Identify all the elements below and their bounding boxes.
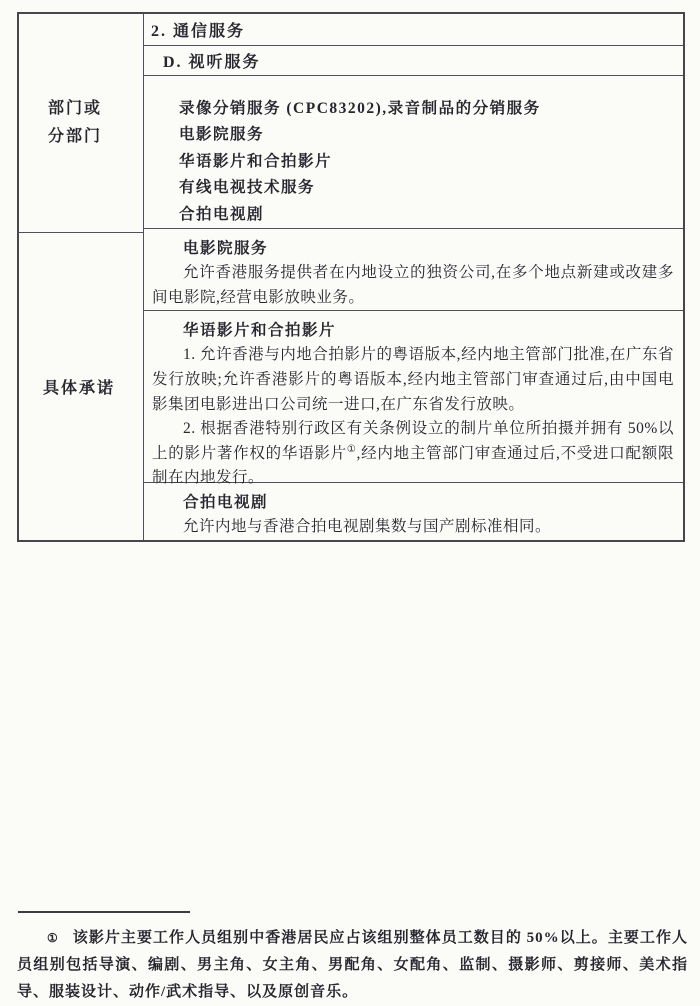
commitment-chinese-films: 华语影片和合拍影片 1. 允许香港与内地合拍影片的粤语版本,经内地主管部门批准,… [144, 311, 683, 483]
footnote-reference-mark: ① [347, 444, 357, 455]
commitments-header-cell: 具体承诺 [19, 233, 143, 540]
sector-header-cell: 部门或 分部门 [19, 14, 143, 233]
commitment-paragraph: 允许内地与香港合拍电视剧集数与国产剧标准相同。 [152, 515, 674, 540]
footnote-marker: ① [47, 931, 73, 945]
commitment-paragraph: 允许香港服务提供者在内地设立的独资公司,在多个地点新建或改建多间电影院,经营电影… [152, 261, 674, 310]
sector-item: 有线电视技术服务 [179, 175, 673, 202]
commitments-header-label: 具体承诺 [43, 375, 115, 398]
sector-list-cell: 录像分销服务 (CPC83202),录音制品的分销服务 电影院服务 华语影片和合… [144, 76, 683, 230]
commitment-coproduced-tv: 合拍电视剧 允许内地与香港合拍电视剧集数与国产剧标准相同。 [144, 483, 683, 540]
commitments-table: 部门或 分部门 具体承诺 2. 通信服务 D. 视听服务 录像分销服务 (CPC… [17, 12, 685, 542]
commitment-title: 华语影片和合拍影片 [152, 318, 674, 343]
category-label: 2. 通信服务 [151, 18, 245, 41]
table-left-column: 部门或 分部门 具体承诺 [19, 14, 144, 540]
sector-item: 电影院服务 [179, 122, 673, 149]
sector-header-line1: 部门或 [48, 95, 143, 123]
commitment-title: 合拍电视剧 [152, 490, 674, 515]
sector-item: 合拍电视剧 [179, 202, 673, 229]
sector-header-line2: 分部门 [48, 123, 143, 151]
table-right-column: 2. 通信服务 D. 视听服务 录像分销服务 (CPC83202),录音制品的分… [144, 14, 683, 540]
category-row: 2. 通信服务 [144, 14, 683, 46]
sector-item: 华语影片和合拍影片 [179, 149, 673, 176]
subcategory-label: D. 视听服务 [163, 49, 261, 72]
document-page: 部门或 分部门 具体承诺 2. 通信服务 D. 视听服务 录像分销服务 (CPC… [0, 0, 700, 1006]
footnote-text: 该影片主要工作人员组别中香港居民应占该组别整体员工数目的 50%以上。主要工作人… [17, 930, 688, 1000]
subcategory-row: D. 视听服务 [144, 46, 683, 76]
sector-item: 录像分销服务 (CPC83202),录音制品的分销服务 [179, 96, 673, 123]
commitment-paragraph: 2. 根据香港特别行政区有关条例设立的制片单位所拍摄并拥有 50%以上的影片著作… [152, 417, 674, 491]
footnote: ①该影片主要工作人员组别中香港居民应占该组别整体员工数目的 50%以上。主要工作… [17, 925, 688, 1006]
footnote-divider-line [18, 911, 190, 913]
commitment-cinema-services: 电影院服务 允许香港服务提供者在内地设立的独资公司,在多个地点新建或改建多间电影… [144, 229, 683, 311]
commitment-paragraph: 1. 允许香港与内地合拍影片的粤语版本,经内地主管部门批准,在广东省发行放映;允… [152, 343, 674, 417]
commitment-title: 电影院服务 [152, 236, 674, 261]
